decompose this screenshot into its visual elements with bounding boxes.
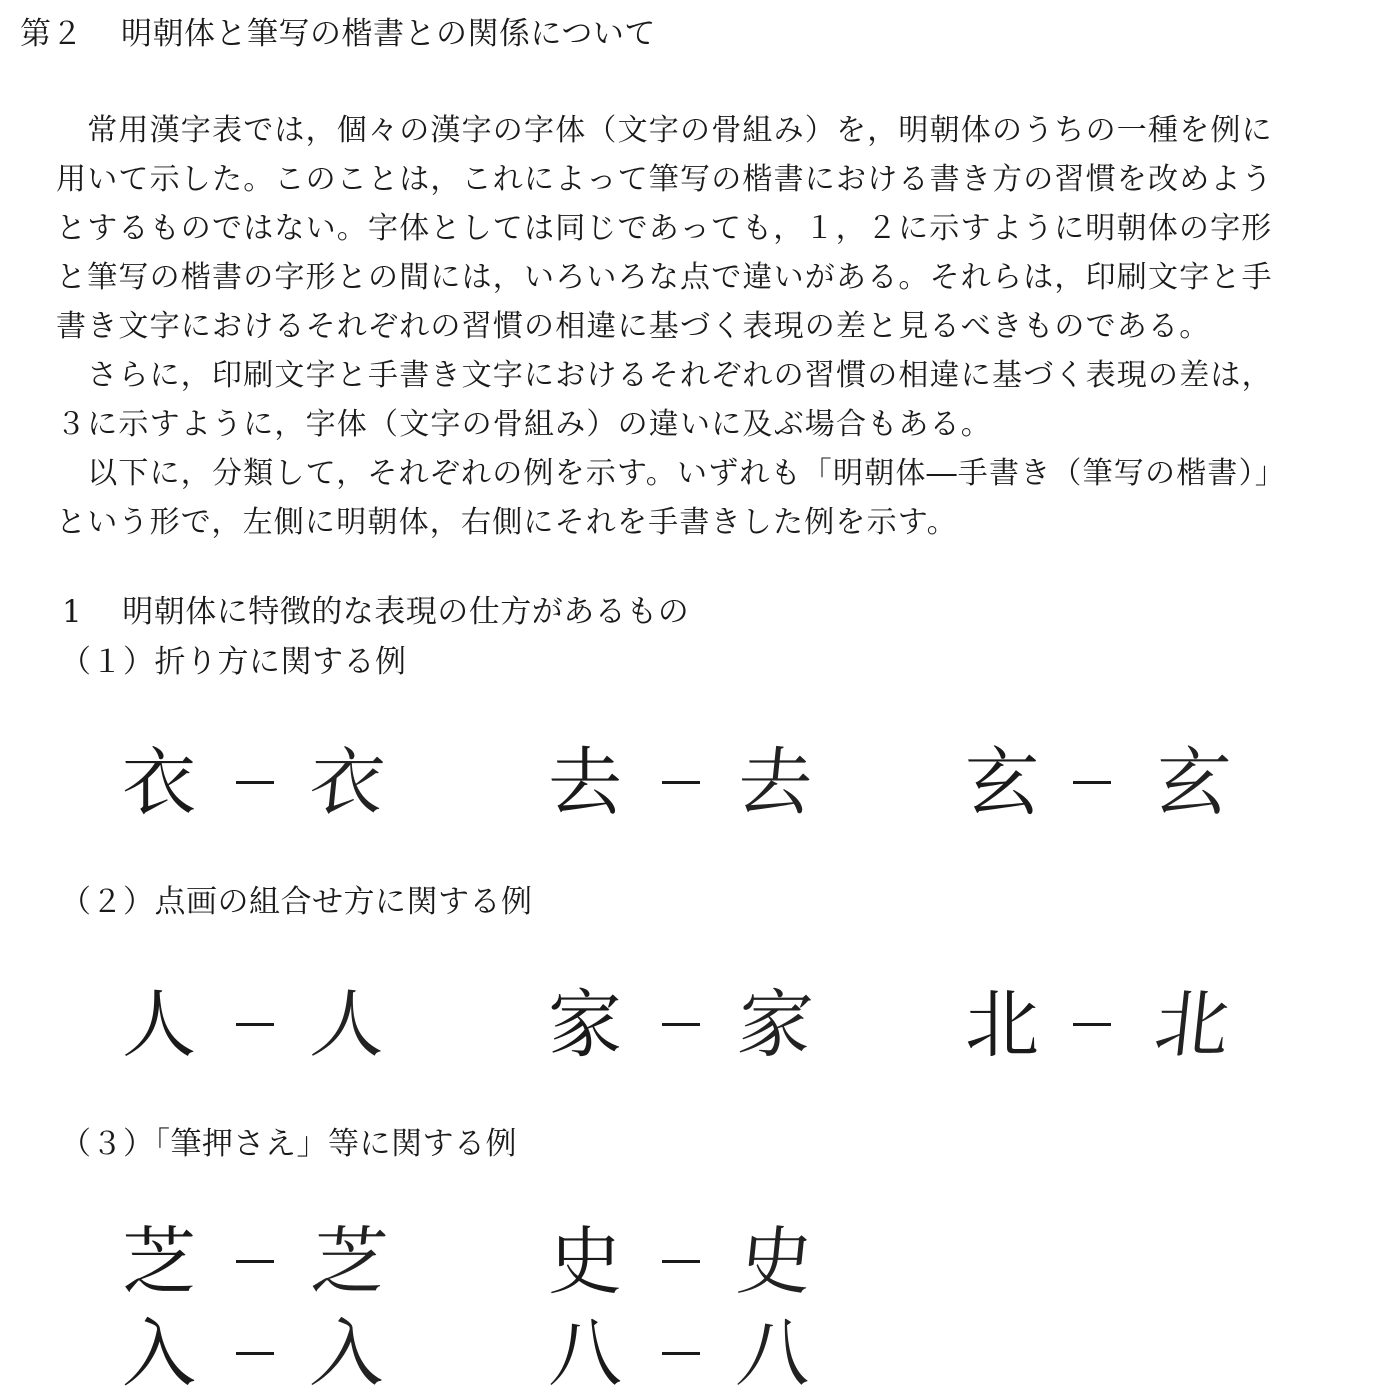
body-line: とするものではない。字体としては同じであっても，１，２に示すように明朝体の字形 <box>56 204 1286 253</box>
handwritten-glyph: 玄 <box>1150 733 1235 833</box>
body-line: 常用漢字表では，個々の漢字の字体（文字の骨組み）を，明朝体のうちの一種を例に <box>56 106 1286 155</box>
example-row: 入 入 八 八 <box>0 1304 1400 1400</box>
example-category-label: （３）「筆押さえ」等に関する例 <box>60 1122 517 1166</box>
handwritten-glyph: 史 <box>733 1212 818 1312</box>
body-line: 書き文字におけるそれぞれの習慣の相違に基づく表現の差と見るべきものである。 <box>56 302 1286 351</box>
subsection-heading-text: 明朝体に特徴的な表現の仕方があるもの <box>122 594 689 630</box>
handwritten-glyph: 北 <box>1150 975 1235 1075</box>
subsection-heading: 1明朝体に特徴的な表現の仕方があるもの <box>62 590 689 634</box>
handwritten-glyph: 家 <box>733 975 818 1075</box>
subsection-number: 1 <box>62 594 82 630</box>
example-category-label: （１）折り方に関する例 <box>60 640 407 684</box>
mincho-glyph: 八 <box>548 1304 622 1400</box>
example-row: 衣 衣 去 去 玄 玄 <box>0 733 1400 833</box>
section-title: 第２明朝体と筆写の楷書との関係について <box>20 12 656 56</box>
body-line: と筆写の楷書の字形との間には，いろいろな点で違いがある。それらは，印刷文字と手 <box>56 253 1286 302</box>
separator-dash <box>662 781 700 784</box>
mincho-glyph: 家 <box>548 975 622 1075</box>
mincho-glyph: 入 <box>122 1304 196 1400</box>
example-category-label: （２）点画の組合せ方に関する例 <box>60 880 533 924</box>
separator-dash <box>1073 781 1111 784</box>
handwritten-glyph: 衣 <box>305 733 390 833</box>
body-line: さらに，印刷文字と手書き文字におけるそれぞれの習慣の相違に基づく表現の差は， <box>56 351 1286 400</box>
section-title-text: 明朝体と筆写の楷書との関係について <box>121 16 656 52</box>
mincho-glyph: 史 <box>548 1212 622 1312</box>
separator-dash <box>236 781 274 784</box>
handwritten-glyph: 八 <box>733 1304 818 1400</box>
example-row: 人 人 家 家 北 北 <box>0 975 1400 1075</box>
separator-dash <box>662 1260 700 1263</box>
handwritten-glyph: 入 <box>307 1304 392 1400</box>
separator-dash <box>662 1023 700 1026</box>
separator-dash <box>1073 1023 1111 1026</box>
separator-dash <box>662 1352 700 1355</box>
separator-dash <box>236 1352 274 1355</box>
mincho-glyph: 去 <box>548 733 622 833</box>
separator-dash <box>236 1260 274 1263</box>
body-line: という形で，左側に明朝体，右側にそれを手書きした例を示す。 <box>56 498 1286 547</box>
separator-dash <box>236 1023 274 1026</box>
handwritten-glyph: 芝 <box>307 1212 392 1312</box>
body-line: 以下に，分類して，それぞれの例を示す。いずれも「明朝体―手書き（筆写の楷書）」 <box>56 449 1286 498</box>
mincho-glyph: 衣 <box>122 733 196 833</box>
body-line: 用いて示した。このことは，これによって筆写の楷書における書き方の習慣を改めよう <box>56 155 1286 204</box>
example-row: 芝 芝 史 史 <box>0 1212 1400 1312</box>
body-text: 常用漢字表では，個々の漢字の字体（文字の骨組み）を，明朝体のうちの一種を例に 用… <box>56 106 1286 547</box>
mincho-glyph: 玄 <box>965 733 1039 833</box>
section-number: 第２ <box>20 16 83 52</box>
body-line: ３に示すように，字体（文字の骨組み）の違いに及ぶ場合もある。 <box>56 400 1286 449</box>
handwritten-glyph: 人 <box>307 975 392 1075</box>
mincho-glyph: 北 <box>965 975 1039 1075</box>
mincho-glyph: 芝 <box>122 1212 196 1312</box>
handwritten-glyph: 去 <box>733 733 818 833</box>
mincho-glyph: 人 <box>122 975 196 1075</box>
